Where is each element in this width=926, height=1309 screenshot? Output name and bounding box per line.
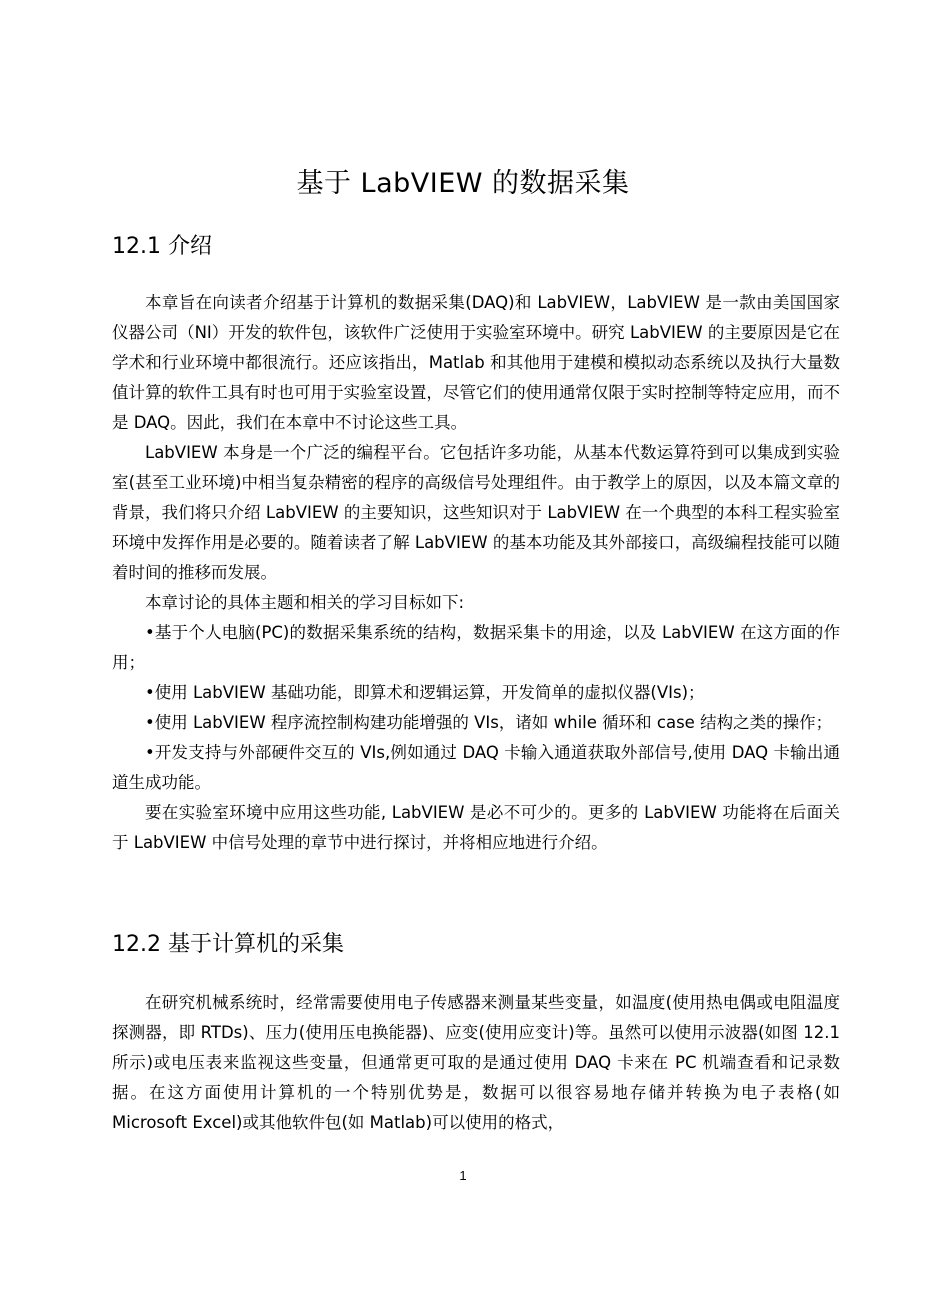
paragraph: 本章旨在向读者介绍基于计算机的数据采集(DAQ)和 LabVIEW，LabVIE… [112, 288, 840, 438]
section-body-computer-acquisition: 在研究机械系统时，经常需要使用电子传感器来测量某些变量，如温度(使用热电偶或电阻… [112, 988, 840, 1138]
section-heading-computer-acquisition: 12.2 基于计算机的采集 [112, 930, 344, 960]
list-item: •使用 LabVIEW 程序流控制构建功能增强的 VIs，诸如 while 循环… [112, 708, 840, 738]
document-page: 基于 LabVIEW 的数据采集 12.1 介绍 本章旨在向读者介绍基于计算机的… [0, 0, 926, 1309]
page-number: 1 [0, 1168, 926, 1183]
section-heading-intro: 12.1 介绍 [112, 232, 212, 262]
paragraph: LabVIEW 本身是一个广泛的编程平台。它包括许多功能，从基本代数运算符到可以… [112, 438, 840, 588]
document-title: 基于 LabVIEW 的数据采集 [0, 166, 926, 202]
list-item: •使用 LabVIEW 基础功能，即算术和逻辑运算，开发简单的虚拟仪器(VIs)… [112, 678, 840, 708]
list-item: •基于个人电脑(PC)的数据采集系统的结构，数据采集卡的用途，以及 LabVIE… [112, 618, 840, 678]
section-body-intro: 本章旨在向读者介绍基于计算机的数据采集(DAQ)和 LabVIEW，LabVIE… [112, 288, 840, 858]
paragraph: 在研究机械系统时，经常需要使用电子传感器来测量某些变量，如温度(使用热电偶或电阻… [112, 988, 840, 1138]
list-item: •开发支持与外部硬件交互的 VIs,例如通过 DAQ 卡输入通道获取外部信号,使… [112, 738, 840, 798]
paragraph: 本章讨论的具体主题和相关的学习目标如下: [112, 588, 840, 618]
paragraph: 要在实验室环境中应用这些功能, LabVIEW 是必不可少的。更多的 LabVI… [112, 798, 840, 858]
